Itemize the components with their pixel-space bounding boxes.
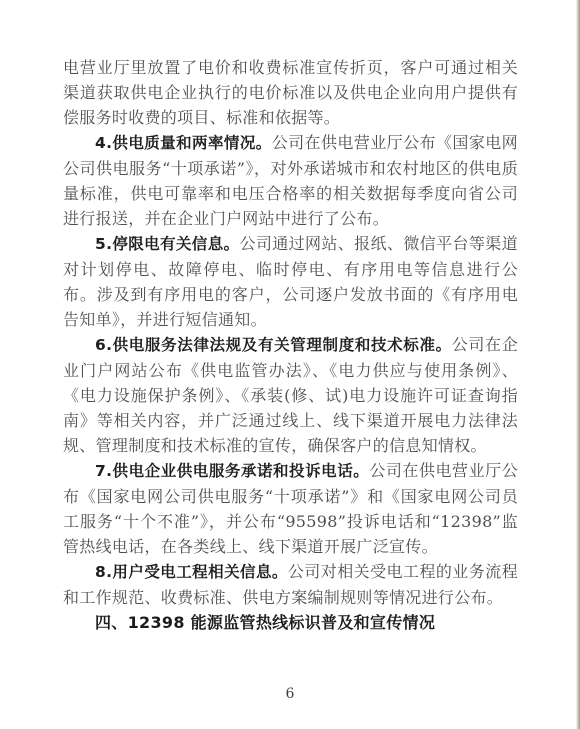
paragraph-heading: 6.供电服务法律法规及有关管理制度和技术标准。: [95, 336, 452, 354]
scan-edge-line: [576, 0, 580, 729]
section-heading: 四、12398 能源监管热线标识普及和宣传情况: [63, 610, 518, 635]
paragraph-heading: 5.停限电有关信息。: [95, 235, 239, 253]
paragraph-text: 电营业厅里放置了电价和收费标准宣传折页，客户可通过相关渠道获取供电企业执行的电价…: [63, 58, 518, 127]
paragraph: 5.停限电有关信息。公司通过网站、报纸、微信平台等渠道对计划停电、故障停电、临时…: [63, 231, 518, 332]
paragraph-heading: 8.用户受电工程相关信息。: [95, 563, 288, 581]
paragraph-heading: 7.供电企业供电服务承诺和投诉电话。: [95, 462, 369, 480]
page-number: 6: [286, 686, 295, 702]
paragraph: 7.供电企业供电服务承诺和投诉电话。公司在供电营业厅公布《国家电网公司供电服务“…: [63, 458, 518, 559]
page-content: 电营业厅里放置了电价和收费标准宣传折页，客户可通过相关渠道获取供电企业执行的电价…: [63, 55, 518, 635]
page-footer: 6: [0, 683, 580, 702]
paragraph: 电营业厅里放置了电价和收费标准宣传折页，客户可通过相关渠道获取供电企业执行的电价…: [63, 55, 518, 130]
paragraph: 6.供电服务法律法规及有关管理制度和技术标准。公司在企业门户网站公布《供电监管办…: [63, 332, 518, 458]
paragraph: 8.用户受电工程相关信息。公司对相关受电工程的业务流程和工作规范、收费标准、供电…: [63, 559, 518, 610]
document-page: 电营业厅里放置了电价和收费标准宣传折页，客户可通过相关渠道获取供电企业执行的电价…: [0, 0, 580, 729]
paragraph-heading: 4.供电质量和两率情况。: [95, 134, 272, 152]
paragraph: 4.供电质量和两率情况。公司在供电营业厅公布《国家电网公司供电服务“十项承诺”》…: [63, 130, 518, 231]
